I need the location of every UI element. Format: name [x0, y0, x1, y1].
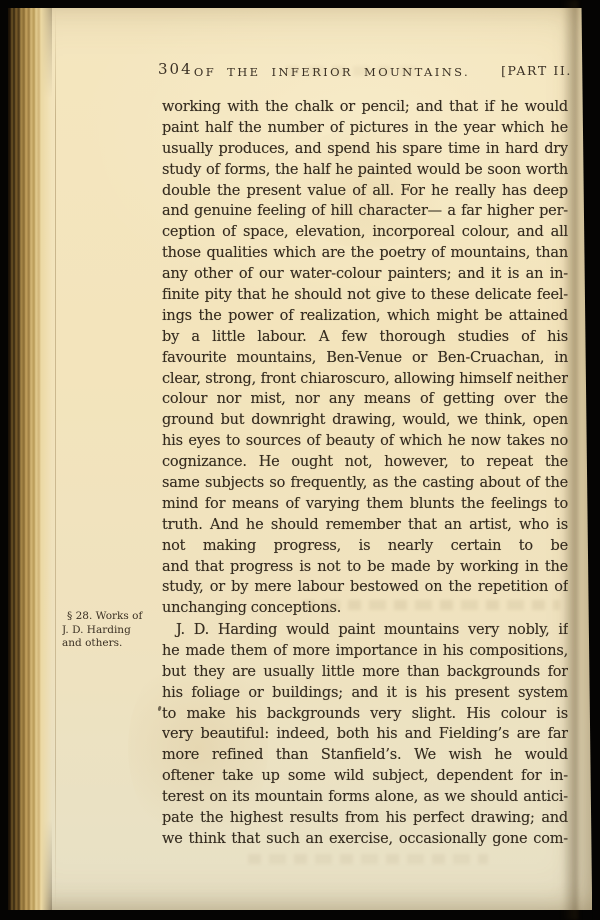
text-line: any other of our water-colour painters; … [162, 264, 568, 285]
text-line: terest on its mountain forms alone, as w… [162, 787, 568, 808]
text-line: we think that such an exercise, occasion… [162, 829, 568, 850]
text-line: ground but downright drawing, would, we … [162, 410, 568, 431]
text-line: cognizance. He ought not, however, to re… [162, 452, 568, 473]
show-through-ghost-text [248, 854, 488, 864]
text-line: usually produces, and spend his spare ti… [162, 139, 568, 160]
text-line: his eyes to sources of beauty of which h… [162, 431, 568, 452]
text-line: mind for means of varying them blunts th… [162, 494, 568, 515]
text-line: and genuine feeling of hill character— a… [162, 201, 568, 222]
text-line: to make his backgrounds very slight. His… [162, 704, 568, 725]
text-line: not making progress, is nearly certain t… [162, 536, 568, 557]
text-line: working with the chalk or pencil; and th… [162, 97, 568, 118]
body-paragraph-2: J. D. Harding would paint mountains very… [162, 620, 568, 850]
text-line: his foliage or buildings; and it is his … [162, 683, 568, 704]
text-line: he made them of more importance in his c… [162, 641, 568, 662]
text-line: colour nor mist, nor any means of gettin… [162, 389, 568, 410]
text-line: more refined than Stanfield’s. We wish h… [162, 745, 568, 766]
text-line: favourite mountains, Ben-Venue or Ben-Cr… [162, 348, 568, 369]
text-line: same subjects so frequently, as the cast… [162, 473, 568, 494]
text-line: finite pity that he should not give to t… [162, 285, 568, 306]
page-crease-line [55, 8, 56, 910]
text-line: ings the power of realization, which mig… [162, 306, 568, 327]
show-through-ghost-text [302, 600, 560, 610]
text-line: and that progress is not to be made by w… [162, 557, 568, 578]
text-line: § 28. Works of [62, 610, 164, 624]
text-line: study of forms, the half he painted woul… [162, 160, 568, 181]
text-line: and others. [62, 637, 164, 651]
text-line: J. D. Harding would paint mountains very… [162, 620, 568, 641]
text-line: paint half the number of pictures in the… [162, 118, 568, 139]
part-label: [PART II. [468, 63, 572, 78]
scanned-book-page: 304 OF THE INFERIOR MOUNTAINS. [PART II.… [0, 0, 600, 920]
text-line: ception of space, elevation, incorporeal… [162, 222, 568, 243]
text-line: study, or by mere labour bestowed on the… [162, 577, 568, 598]
text-line: truth. And he should remember that an ar… [162, 515, 568, 536]
text-line: very beautiful: indeed, both his and Fie… [162, 724, 568, 745]
text-line: oftener take up some wild subject, depen… [162, 766, 568, 787]
text-line: by a little labour. A few thorough studi… [162, 327, 568, 348]
text-line: J. D. Harding [62, 624, 164, 638]
text-line: double the present value of all. For he … [162, 181, 568, 202]
text-line: pate the highest results from his perfec… [162, 808, 568, 829]
show-through-ghost-text [286, 66, 416, 76]
section-margin-note: § 28. Works ofJ. D. Hardingand others. [62, 610, 164, 651]
body-paragraph-1: working with the chalk or pencil; and th… [162, 97, 568, 619]
text-line: but they are usually little more than ba… [162, 662, 568, 683]
text-line: clear, strong, front chiaroscuro, allowi… [162, 369, 568, 390]
book-binding-gutter [8, 8, 52, 910]
text-line: those qualities which are the poetry of … [162, 243, 568, 264]
